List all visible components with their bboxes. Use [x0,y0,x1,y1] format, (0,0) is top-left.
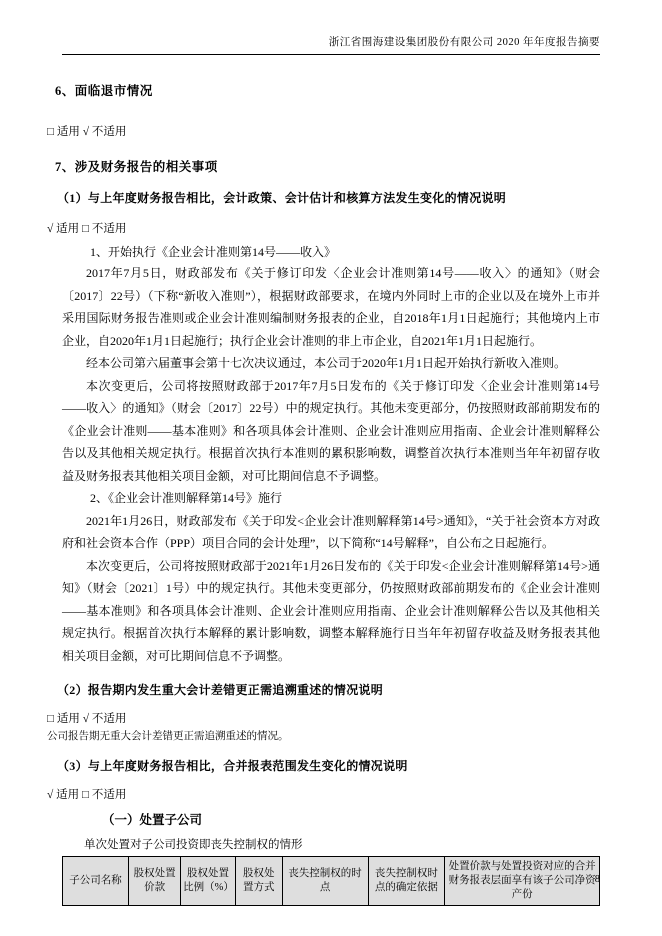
section-7-3-applicability: √ 适用 □ 不适用 [47,786,600,802]
section-7-1-title: （1）与上年度财务报告相比，会计政策、会计估计和核算方法发生变化的情况说明 [57,189,600,206]
col-net-asset-share: 处置价款与处置投资对应的合并财务报表层面享有该子公司净资产份 [445,857,600,906]
disposal-table-header-row: 子公司名称 股权处置价款 股权处置比例（%） 股权处置方式 丧失控制权的时点 丧… [63,857,600,906]
item-2-title: 2、《企业会计准则解释第14号》施行 [90,487,600,510]
col-loss-of-control-time: 丧失控制权的时点 [282,857,368,906]
running-header-text: 浙江省围海建设集团股份有限公司 2020 年年度报告摘要 [329,37,600,48]
section-6-applicability: □ 适用 √ 不适用 [47,123,600,139]
section-6-title: 6、面临退市情况 [55,81,600,99]
section-7-title: 7、涉及财务报告的相关事项 [55,157,600,175]
disposal-table: 子公司名称 股权处置价款 股权处置比例（%） 股权处置方式 丧失控制权的时点 丧… [62,856,600,906]
section-7-2-note: 公司报告期无重大会计差错更正需追溯重述的情况。 [47,728,600,743]
col-disposal-method: 股权处置方式 [235,857,282,906]
disposal-subsidiary-title: （一）处置子公司 [102,810,600,828]
col-loss-of-control-basis: 丧失控制权时点的确定依据 [368,857,445,906]
paragraph-board-resolution: 经本公司第六届董事会第十七次决议通过，本公司于2020年1月1日起开始执行新收入… [62,352,600,375]
disposal-table-caption: 单次处置对子公司投资即丧失控制权的情形 [84,836,600,852]
report-page: 浙江省围海建设集团股份有限公司 2020 年年度报告摘要 6、面临退市情况 □ … [0,0,662,936]
paragraph-revenue-standard-issue: 2017年7月5日，财政部发布《关于修订印发〈企业会计准则第14号——收入〉的通… [62,262,600,352]
section-7-3-title: （3）与上年度财务报告相比，合并报表范围发生变化的情况说明 [57,757,600,774]
section-7-2-title: （2）报告期内发生重大会计差错更正需追溯重述的情况说明 [57,681,600,698]
col-subsidiary-name: 子公司名称 [63,857,129,906]
section-7-2-applicability: □ 适用 √ 不适用 [47,710,600,726]
paragraph-interpretation-14-execution: 本次变更后，公司将按照财政部于2021年1月26日发布的《关于印发<企业会计准则… [62,555,600,668]
col-disposal-ratio: 股权处置比例（%） [181,857,236,906]
page-number: 8 [595,874,600,885]
paragraph-interpretation-14-issue: 2021年1月26日，财政部发布《关于印发<企业会计准则解释第14号>通知》，“… [62,510,600,555]
section-7-1-applicability: √ 适用 □ 不适用 [47,220,600,236]
running-header: 浙江省围海建设集团股份有限公司 2020 年年度报告摘要 [62,34,600,55]
paragraph-revenue-standard-execution: 本次变更后，公司将按照财政部于2017年7月5日发布的《关于修订印发〈企业会计准… [62,375,600,488]
item-1-title: 1、开始执行《企业会计准则第14号——收入》 [90,242,600,262]
col-disposal-price: 股权处置价款 [129,857,181,906]
